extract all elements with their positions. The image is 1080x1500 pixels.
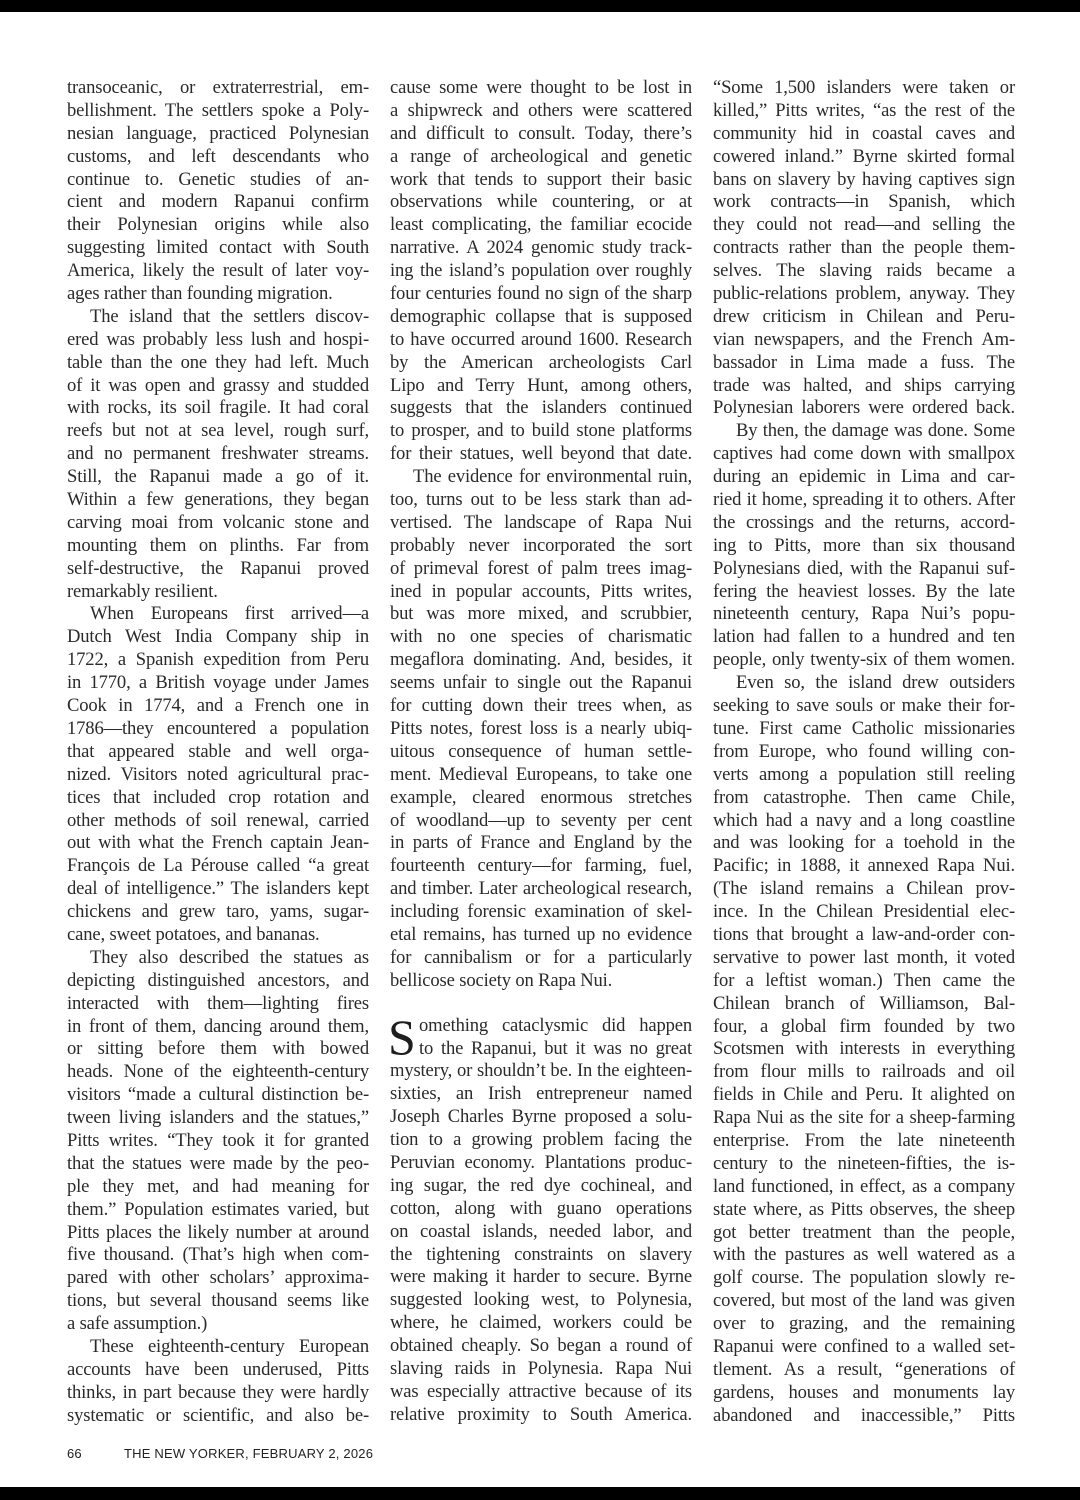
text-line: slaving raids in Polynesia. Rapa Nui: [390, 1358, 692, 1381]
text-line: Joseph Charles Byrne proposed a solu-: [390, 1106, 692, 1129]
text-line: (The island remains a Chilean prov-: [713, 878, 1015, 901]
text-column-3: “Some 1,500 islanders were taken orkille…: [713, 77, 1015, 1428]
text-line: that the statues were made by the peo-: [67, 1153, 369, 1176]
text-line: table than the one they had left. Much: [67, 352, 369, 375]
text-line: for cutting down their trees when, as: [390, 695, 692, 718]
text-line: four, a global firm founded by two: [713, 1016, 1015, 1039]
text-line: and difficult to consult. Today, there’s: [390, 123, 692, 146]
text-line: Pitts writes. “They took it for granted: [67, 1130, 369, 1153]
text-line: servative to power last month, it voted: [713, 947, 1015, 970]
text-line: ing sugar, the red dye cochineal, and: [390, 1175, 692, 1198]
text-line: fields in Chile and Peru. It alighted on: [713, 1084, 1015, 1107]
text-line: cient and modern Rapanui confirm: [67, 191, 369, 214]
text-line: deal of intelligence.” The islanders kep…: [67, 878, 369, 901]
text-line: were making it harder to secure. Byrne: [390, 1266, 692, 1289]
text-line: of primeval forest of palm trees imag-: [390, 558, 692, 581]
text-line: bellicose society on Rapa Nui.: [390, 970, 692, 993]
section-opening: Something cataclysmic did happento the R…: [390, 1015, 692, 1427]
text-line: megaflora dominating. And, besides, it: [390, 649, 692, 672]
text-line: on coastal islands, needed labor, and: [390, 1221, 692, 1244]
text-line: continue to. Genetic studies of an-: [67, 169, 369, 192]
running-footer: THE NEW YORKER, FEBRUARY 2, 2026: [124, 1446, 373, 1461]
text-line: Pitts places the likely number at around: [67, 1222, 369, 1245]
text-line: When Europeans first arrived—a: [67, 603, 369, 626]
text-line: thinks, in part because they were hardly: [67, 1382, 369, 1405]
text-line: abandoned and inaccessible,” Pitts: [713, 1405, 1015, 1428]
text-line: ince. In the Chilean Presidential elec-: [713, 901, 1015, 924]
text-line: nineteenth century, Rapa Nui’s popu-: [713, 603, 1015, 626]
text-line: Rapanui were confined to a walled set-: [713, 1336, 1015, 1359]
text-line: least complicating, the familiar ecocide: [390, 214, 692, 237]
text-line: fourteenth century—for farming, fuel,: [390, 855, 692, 878]
text-line: of it was open and grassy and studded: [67, 375, 369, 398]
text-line: for a leftist woman.) Then came the: [713, 970, 1015, 993]
text-line: gardens, houses and monuments lay: [713, 1382, 1015, 1405]
text-line: selves. The slaving raids became a: [713, 260, 1015, 283]
text-line: five thousand. (That’s high when com-: [67, 1244, 369, 1267]
text-line: cowered inland.” Byrne skirted formal: [713, 146, 1015, 169]
text-line: Polynesian laborers were ordered back.: [713, 397, 1015, 420]
text-line: over to grazing, and the remaining: [713, 1313, 1015, 1336]
text-line: “Some 1,500 islanders were taken or: [713, 77, 1015, 100]
text-line: self-destructive, the Rapanui proved: [67, 558, 369, 581]
text-line: visitors “made a cultural distinction be…: [67, 1084, 369, 1107]
text-line: Dutch West India Company ship in: [67, 626, 369, 649]
text-line: probably never incorporated the sort: [390, 535, 692, 558]
page-footer: 66THE NEW YORKER, FEBRUARY 2, 2026: [67, 1446, 373, 1461]
text-line: captives had come down with smallpox: [713, 443, 1015, 466]
text-line: bellishment. The settlers spoke a Poly-: [67, 100, 369, 123]
text-line: state where, as Pitts observes, the shee…: [713, 1199, 1015, 1222]
text-line: These eighteenth-century European: [67, 1336, 369, 1359]
text-line: during an epidemic in Lima and car-: [713, 466, 1015, 489]
text-line: They also described the statues as: [67, 947, 369, 970]
text-line: accounts have been underused, Pitts: [67, 1359, 369, 1382]
text-line: that appeared stable and well orga-: [67, 741, 369, 764]
text-line: tween living islanders and the statues,”: [67, 1107, 369, 1130]
bottom-black-bar: [0, 1487, 1080, 1500]
text-line: heads. None of the eighteenth-century: [67, 1061, 369, 1084]
text-line: for their statues, well beyond that date…: [390, 443, 692, 466]
text-line: where, he claimed, workers could be: [390, 1312, 692, 1335]
text-line: land functioned, in effect, as a company: [713, 1176, 1015, 1199]
text-line: and timber. Later archeological research…: [390, 878, 692, 901]
text-line: customs, and left descendants who: [67, 146, 369, 169]
text-line: Rapa Nui as the site for a sheep-farming: [713, 1107, 1015, 1130]
text-line: obtained cheaply. So began a round of: [390, 1335, 692, 1358]
text-line: their Polynesian origins while also: [67, 214, 369, 237]
text-line: By then, the damage was done. Some: [713, 420, 1015, 443]
text-line: tion to a growing problem facing the: [390, 1129, 692, 1152]
text-line: to prosper, and to build stone platforms: [390, 420, 692, 443]
text-line: to the Rapanui, but it was no great: [390, 1038, 692, 1061]
text-line: and was looking for a toehold in the: [713, 832, 1015, 855]
text-line: community hid in coastal caves and: [713, 123, 1015, 146]
text-line: The island that the settlers discov-: [67, 306, 369, 329]
text-line: bans on slavery by having captives sign: [713, 169, 1015, 192]
text-line: which had a navy and a long coastline: [713, 810, 1015, 833]
page-number: 66: [67, 1446, 124, 1461]
text-line: seeking to save souls or make their for-: [713, 695, 1015, 718]
text-line: François de La Pérouse called “a great: [67, 855, 369, 878]
text-line: relative proximity to South America.: [390, 1404, 692, 1427]
text-line: tices that included crop rotation and: [67, 787, 369, 810]
text-line: from flour mills to railroads and oil: [713, 1061, 1015, 1084]
text-line: four centuries found no sign of the shar…: [390, 283, 692, 306]
text-line: lation had fallen to a hundred and ten: [713, 626, 1015, 649]
text-line: narrative. A 2024 genomic study track-: [390, 237, 692, 260]
text-line: ages rather than founding migration.: [67, 283, 369, 306]
text-line: suggested looking west, to Polynesia,: [390, 1289, 692, 1312]
text-line: got better treatment than the people,: [713, 1222, 1015, 1245]
text-line: systematic or scientific, and also be-: [67, 1405, 369, 1428]
text-line: Lipo and Terry Hunt, among others,: [390, 375, 692, 398]
text-line: nized. Visitors noted agricultural prac-: [67, 764, 369, 787]
text-line: The evidence for environmental ruin,: [390, 466, 692, 489]
text-column-1: transoceanic, or extraterrestrial, em-be…: [67, 77, 369, 1428]
text-line: with rocks, its soil fragile. It had cor…: [67, 397, 369, 420]
text-line: to have occurred around 1600. Research: [390, 329, 692, 352]
text-line: pared with other scholars’ approxima-: [67, 1267, 369, 1290]
text-line: bassador in Lima made a fuss. The: [713, 352, 1015, 375]
text-line: a range of archeological and genetic: [390, 146, 692, 169]
text-line: Chilean branch of Williamson, Bal-: [713, 993, 1015, 1016]
text-line: mounting them on plinths. Far from: [67, 535, 369, 558]
text-column-2: cause some were thought to be lost ina s…: [390, 77, 692, 1427]
text-line: ing to Pitts, more than six thousand: [713, 535, 1015, 558]
text-line: work contracts—in Spanish, which: [713, 191, 1015, 214]
text-line: cotton, along with guano operations: [390, 1198, 692, 1221]
text-line: verts among a population still reeling: [713, 764, 1015, 787]
text-line: they could not read—and selling the: [713, 214, 1015, 237]
text-line: from Europe, who found willing con-: [713, 741, 1015, 764]
text-line: with no one species of charismatic: [390, 626, 692, 649]
text-line: nesian language, practiced Polynesian: [67, 123, 369, 146]
text-line: demographic collapse that is supposed: [390, 306, 692, 329]
text-line: century to the nineteen-fifties, the is-: [713, 1153, 1015, 1176]
text-line: fering the heaviest losses. By the late: [713, 581, 1015, 604]
text-line: carving moai from volcanic stone and: [67, 512, 369, 535]
text-line: observations while countering, or at: [390, 191, 692, 214]
text-line: and no permanent freshwater streams.: [67, 443, 369, 466]
text-line: chickens and grew taro, yams, sugar-: [67, 901, 369, 924]
text-line: example, cleared enormous stretches: [390, 787, 692, 810]
text-line: sixties, an Irish entrepreneur named: [390, 1083, 692, 1106]
text-line: people, only twenty-six of them women.: [713, 649, 1015, 672]
text-line: ment. Medieval Europeans, to take one: [390, 764, 692, 787]
text-line: Peruvian economy. Plantations produc-: [390, 1152, 692, 1175]
text-line: Polynesians died, with the Rapanui suf-: [713, 558, 1015, 581]
text-line: including forensic examination of skel-: [390, 901, 692, 924]
text-line: tions, but several thousand seems like: [67, 1290, 369, 1313]
text-line: 1786—they encountered a population: [67, 718, 369, 741]
text-line: remarkably resilient.: [67, 581, 369, 604]
text-line: Within a few generations, they began: [67, 489, 369, 512]
text-line: contracts rather than the people them-: [713, 237, 1015, 260]
top-black-bar: [0, 0, 1080, 12]
text-line: seems unfair to single out the Rapanui: [390, 672, 692, 695]
text-line: etal remains, has turned up no evidence: [390, 924, 692, 947]
text-line: uitous consequence of human settle-: [390, 741, 692, 764]
text-line: enterprise. From the late nineteenth: [713, 1130, 1015, 1153]
text-line: by the American archeologists Carl: [390, 352, 692, 375]
text-line: but was more mixed, and scrubbier,: [390, 603, 692, 626]
text-line: mystery, or shouldn’t be. In the eightee…: [390, 1060, 692, 1083]
text-line: in parts of France and England by the: [390, 832, 692, 855]
text-line: drew criticism in Chilean and Peru-: [713, 306, 1015, 329]
text-line: golf course. The population slowly re-: [713, 1267, 1015, 1290]
text-line: tune. First came Catholic missionaries: [713, 718, 1015, 741]
text-line: Still, the Rapanui made a go of it.: [67, 466, 369, 489]
section-break-space: [390, 993, 692, 1015]
text-line: public-relations problem, anyway. They: [713, 283, 1015, 306]
text-line: 1722, a Spanish expedition from Peru: [67, 649, 369, 672]
text-line: in front of them, dancing around them,: [67, 1016, 369, 1039]
text-line: ried it home, spreading it to others. Af…: [713, 489, 1015, 512]
text-line: work that tends to support their basic: [390, 169, 692, 192]
text-line: ered was probably less lush and hospi-: [67, 329, 369, 352]
text-line: with the pastures as well watered as a: [713, 1244, 1015, 1267]
text-line: the tightening constraints on slavery: [390, 1244, 692, 1267]
text-line: killed,” Pitts writes, “as the rest of t…: [713, 100, 1015, 123]
text-line: omething cataclysmic did happen: [390, 1015, 692, 1038]
text-line: out with what the French captain Jean-: [67, 832, 369, 855]
text-line: reefs but not at sea level, rough surf,: [67, 420, 369, 443]
text-line: tions that brought a law-and-order con-: [713, 924, 1015, 947]
text-line: ing the island’s population over roughly: [390, 260, 692, 283]
text-line: a safe assumption.): [67, 1313, 369, 1336]
text-line: too, turns out to be less stark than ad-: [390, 489, 692, 512]
text-line: other methods of soil renewal, carried: [67, 810, 369, 833]
text-line: was especially attractive because of its: [390, 1381, 692, 1404]
text-line: vian newspapers, and the French Am-: [713, 329, 1015, 352]
text-line: them.” Population estimates varied, but: [67, 1199, 369, 1222]
text-line: Scotsmen with interests in everything: [713, 1038, 1015, 1061]
text-line: trade was halted, and ships carrying: [713, 375, 1015, 398]
text-line: America, likely the result of later voy-: [67, 260, 369, 283]
text-line: vertised. The landscape of Rapa Nui: [390, 512, 692, 535]
text-line: a shipwreck and others were scattered: [390, 100, 692, 123]
text-line: suggests that the islanders continued: [390, 397, 692, 420]
text-line: ple they met, and had meaning for: [67, 1176, 369, 1199]
text-line: depicting distinguished ancestors, and: [67, 970, 369, 993]
text-line: cane, sweet potatoes, and bananas.: [67, 924, 369, 947]
text-line: interacted with them—lighting fires: [67, 993, 369, 1016]
text-line: tlement. As a result, “generations of: [713, 1359, 1015, 1382]
text-line: from catastrophe. Then came Chile,: [713, 787, 1015, 810]
text-line: suggesting limited contact with South: [67, 237, 369, 260]
text-line: of woodland—up to seventy per cent: [390, 810, 692, 833]
text-line: Cook in 1774, and a French one in: [67, 695, 369, 718]
drop-cap: S: [388, 1016, 416, 1058]
text-line: for cannibalism or for a particularly: [390, 947, 692, 970]
text-line: ined in popular accounts, Pitts writes,: [390, 581, 692, 604]
text-line: transoceanic, or extraterrestrial, em-: [67, 77, 369, 100]
text-line: or sitting before them with bowed: [67, 1038, 369, 1061]
text-line: covered, but most of the land was given: [713, 1290, 1015, 1313]
text-line: Even so, the island drew outsiders: [713, 672, 1015, 695]
text-line: cause some were thought to be lost in: [390, 77, 692, 100]
text-line: the crossings and the returns, accord-: [713, 512, 1015, 535]
text-line: Pacific; in 1888, it annexed Rapa Nui.: [713, 855, 1015, 878]
text-line: Pitts notes, forest loss is a nearly ubi…: [390, 718, 692, 741]
text-line: in 1770, a British voyage under James: [67, 672, 369, 695]
